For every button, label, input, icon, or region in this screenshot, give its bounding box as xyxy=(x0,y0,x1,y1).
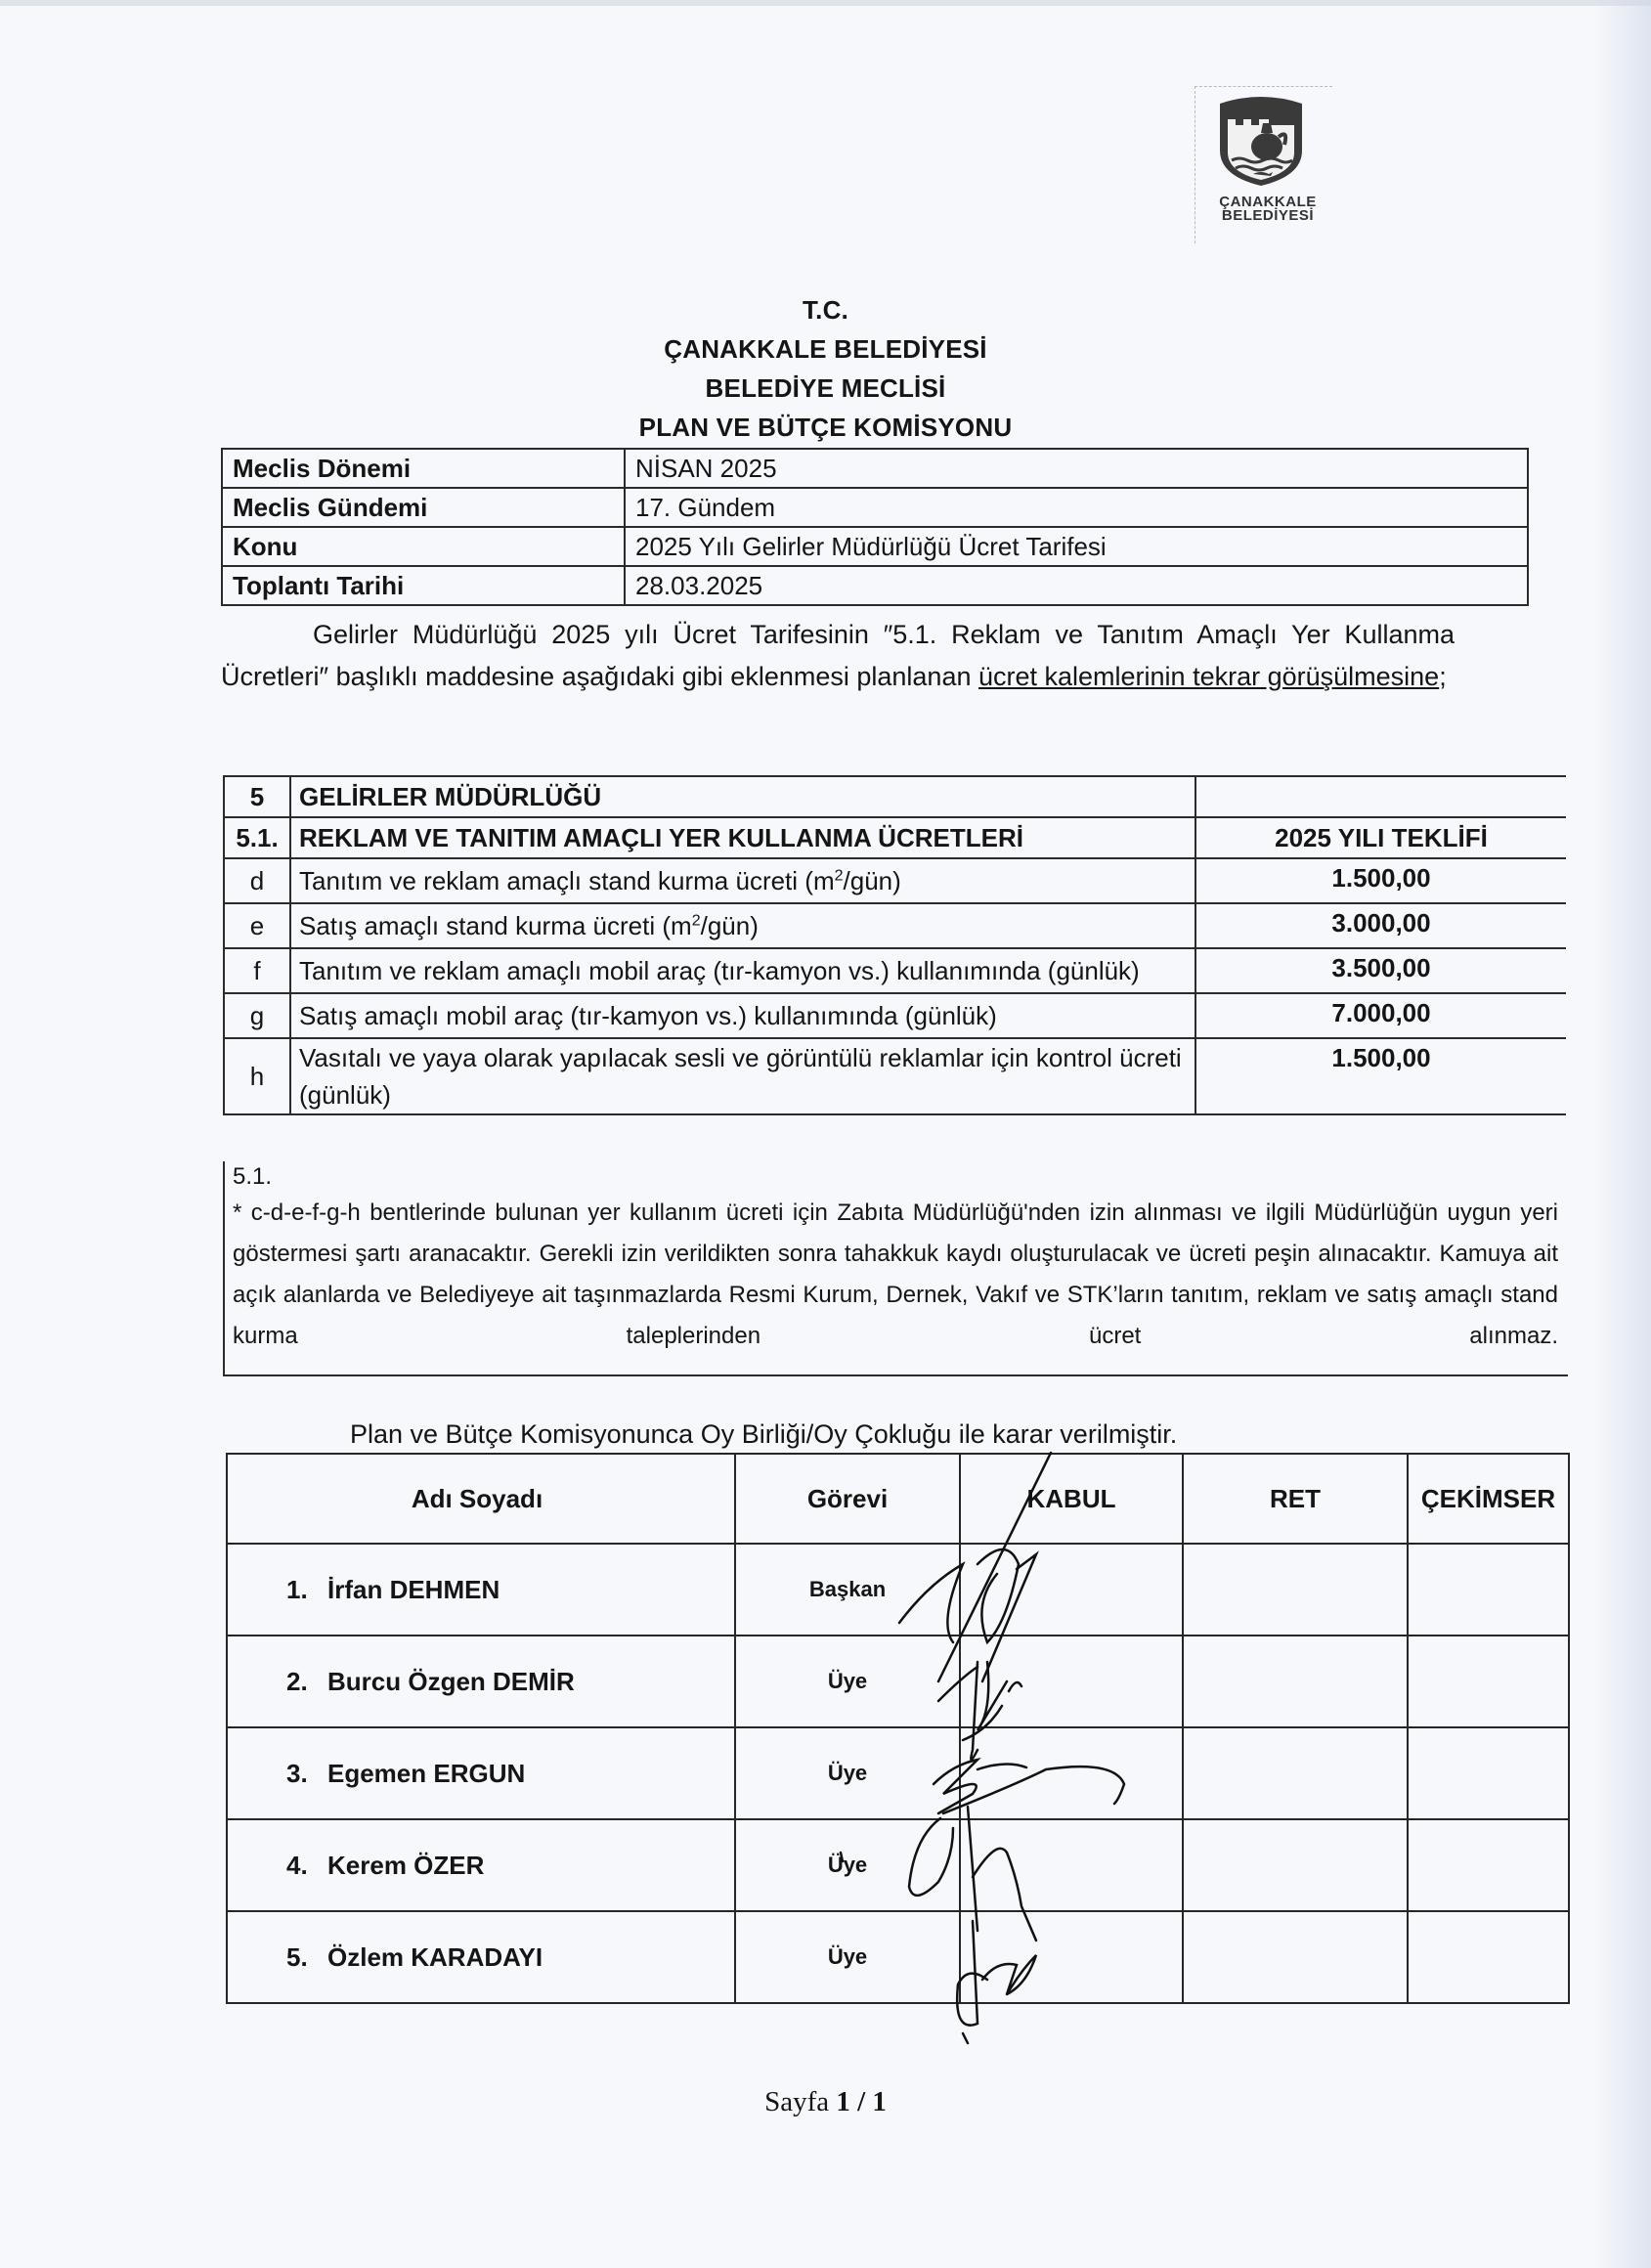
member-number: 4. xyxy=(286,1851,327,1881)
page-footer: Sayfa 1 / 1 xyxy=(0,2086,1651,2118)
municipality-logo: ÇANAKKALE BELEDİYESİ xyxy=(1195,86,1331,242)
member-name-cell: 2.Burcu Özgen DEMİR xyxy=(227,1636,735,1727)
tariff-item-description: Tanıtım ve reklam amaçlı mobil araç (tır… xyxy=(290,948,1195,993)
member-role: Başkan xyxy=(735,1544,960,1636)
tariff-item-value: 3.500,00 xyxy=(1195,948,1566,993)
member-name-cell: 4.Kerem ÖZER xyxy=(227,1819,735,1911)
tariff-item-code: d xyxy=(224,858,290,903)
note-text: * c-d-e-f-g-h bentlerinde bulunan yer ku… xyxy=(233,1193,1558,1357)
value-column-header: 2025 YILI TEKLİFİ xyxy=(1195,817,1566,858)
accept-signature-cell xyxy=(960,1544,1183,1636)
info-row: Meclis Gündemi17. Gündem xyxy=(222,488,1528,527)
header-council: BELEDİYE MECLİSİ xyxy=(0,373,1651,404)
description-text: Tanıtım ve reklam amaçlı stand kurma ücr… xyxy=(299,866,835,895)
superscript: 2 xyxy=(835,867,844,884)
logo-text-line2: BELEDİYESİ xyxy=(1195,209,1341,223)
description-text: Tanıtım ve reklam amaçlı mobil araç (tır… xyxy=(299,956,1140,985)
accept-signature-cell xyxy=(960,1819,1183,1911)
member-row: 5.Özlem KARADAYIÜye xyxy=(227,1911,1569,2003)
header-municipality: ÇANAKKALE BELEDİYESİ xyxy=(0,334,1651,365)
tariff-item-description: Vasıtalı ve yaya olarak yapılacak sesli … xyxy=(290,1038,1195,1114)
accept-signature-cell xyxy=(960,1911,1183,2003)
member-name: Burcu Özgen DEMİR xyxy=(327,1667,575,1696)
description-text: Satış amaçlı mobil araç (tır-kamyon vs.)… xyxy=(299,1001,997,1030)
abstain-cell xyxy=(1408,1819,1569,1911)
member-row: 3.Egemen ERGUNÜye xyxy=(227,1727,1569,1819)
document-page: ÇANAKKALE BELEDİYESİ T.C. ÇANAKKALE BELE… xyxy=(0,0,1651,2268)
info-label: Konu xyxy=(222,527,625,566)
tariff-item-code: g xyxy=(224,993,290,1038)
intro-underlined-text: ücret kalemlerinin tekrar görüşülmesine xyxy=(978,662,1439,691)
tariff-item-row: fTanıtım ve reklam amaçlı mobil araç (tı… xyxy=(224,948,1566,993)
footer-page-number: 1 / 1 xyxy=(836,2086,887,2117)
info-value: 2025 Yılı Gelirler Müdürlüğü Ücret Tarif… xyxy=(625,527,1528,566)
member-name: Özlem KARADAYI xyxy=(327,1942,543,1972)
member-name: Egemen ERGUN xyxy=(327,1759,525,1788)
header-abstain: ÇEKİMSER xyxy=(1408,1454,1569,1544)
tariff-item-value: 1.500,00 xyxy=(1195,858,1566,903)
member-name-cell: 1.İrfan DEHMEN xyxy=(227,1544,735,1636)
section-code: 5 xyxy=(224,776,290,817)
scan-border xyxy=(0,0,1651,6)
decision-statement: Plan ve Bütçe Komisyonunca Oy Birliği/Oy… xyxy=(350,1419,1177,1450)
info-row: Konu2025 Yılı Gelirler Müdürlüğü Ücret T… xyxy=(222,527,1528,566)
member-number: 3. xyxy=(286,1759,327,1789)
info-value: NİSAN 2025 xyxy=(625,449,1528,488)
info-row: Meclis DönemiNİSAN 2025 xyxy=(222,449,1528,488)
canakkale-belediyesi-emblem-icon xyxy=(1214,94,1308,188)
reject-cell xyxy=(1183,1727,1408,1819)
abstain-cell xyxy=(1408,1636,1569,1727)
description-text: Satış amaçlı stand kurma ücreti (m xyxy=(299,911,692,940)
abstain-cell xyxy=(1408,1727,1569,1819)
reject-cell xyxy=(1183,1911,1408,2003)
reject-cell xyxy=(1183,1819,1408,1911)
tariff-item-description: Satış amaçlı mobil araç (tır-kamyon vs.)… xyxy=(290,993,1195,1038)
abstain-cell xyxy=(1408,1911,1569,2003)
tariff-section-row: 5 GELİRLER MÜDÜRLÜĞÜ xyxy=(224,776,1566,817)
tariff-item-value: 3.000,00 xyxy=(1195,903,1566,948)
member-role: Üye xyxy=(735,1636,960,1727)
member-number: 5. xyxy=(286,1942,327,1973)
info-label: Meclis Gündemi xyxy=(222,488,625,527)
member-name: İrfan DEHMEN xyxy=(327,1575,500,1604)
tariff-item-value: 1.500,00 xyxy=(1195,1038,1566,1114)
superscript: 2 xyxy=(692,912,701,929)
member-number: 1. xyxy=(286,1575,327,1605)
section-title: GELİRLER MÜDÜRLÜĞÜ xyxy=(290,776,1195,817)
accept-signature-cell xyxy=(960,1727,1183,1819)
section-value-empty xyxy=(1195,776,1566,817)
header-reject: RET xyxy=(1183,1454,1408,1544)
tariff-item-row: dTanıtım ve reklam amaçlı stand kurma üc… xyxy=(224,858,1566,903)
member-row: 1.İrfan DEHMENBaşkan xyxy=(227,1544,1569,1636)
vote-table: Adı Soyadı Görevi KABUL RET ÇEKİMSER 1.İ… xyxy=(226,1453,1570,2004)
reject-cell xyxy=(1183,1544,1408,1636)
info-value: 28.03.2025 xyxy=(625,566,1528,605)
header-tc: T.C. xyxy=(0,295,1651,326)
tariff-item-row: hVasıtalı ve yaya olarak yapılacak sesli… xyxy=(224,1038,1566,1114)
info-label: Meclis Dönemi xyxy=(222,449,625,488)
header-commission: PLAN VE BÜTÇE KOMİSYONU xyxy=(0,413,1651,443)
tariff-item-code: f xyxy=(224,948,290,993)
accept-signature-cell xyxy=(960,1636,1183,1727)
header-name: Adı Soyadı xyxy=(227,1454,735,1544)
tariff-table: 5 GELİRLER MÜDÜRLÜĞÜ 5.1. REKLAM VE TANI… xyxy=(223,775,1566,1115)
reject-cell xyxy=(1183,1636,1408,1727)
subsection-title: REKLAM VE TANITIM AMAÇLI YER KULLANMA ÜC… xyxy=(290,817,1195,858)
intro-tail: ; xyxy=(1439,662,1447,691)
description-text: Vasıtalı ve yaya olarak yapılacak sesli … xyxy=(299,1043,1182,1110)
member-row: 2.Burcu Özgen DEMİRÜye xyxy=(227,1636,1569,1727)
intro-paragraph: Gelirler Müdürlüğü 2025 yılı Ücret Tarif… xyxy=(221,614,1455,698)
description-tail: /gün) xyxy=(844,866,901,895)
info-value: 17. Gündem xyxy=(625,488,1528,527)
tariff-item-description: Tanıtım ve reklam amaçlı stand kurma ücr… xyxy=(290,858,1195,903)
tariff-item-code: e xyxy=(224,903,290,948)
tariff-subsection-row: 5.1. REKLAM VE TANITIM AMAÇLI YER KULLAN… xyxy=(224,817,1566,858)
subsection-code: 5.1. xyxy=(224,817,290,858)
member-role: Üye xyxy=(735,1819,960,1911)
member-role: Üye xyxy=(735,1727,960,1819)
header-role: Görevi xyxy=(735,1454,960,1544)
member-row: 4.Kerem ÖZERÜye xyxy=(227,1819,1569,1911)
meeting-info-table: Meclis DönemiNİSAN 2025Meclis Gündemi17.… xyxy=(221,448,1529,606)
tariff-item-row: eSatış amaçlı stand kurma ücreti (m2/gün… xyxy=(224,903,1566,948)
note-title: 5.1. xyxy=(233,1163,272,1191)
tariff-item-description: Satış amaçlı stand kurma ücreti (m2/gün) xyxy=(290,903,1195,948)
tariff-note-box: 5.1. * c-d-e-f-g-h bentlerinde bulunan y… xyxy=(223,1161,1568,1376)
tariff-item-row: gSatış amaçlı mobil araç (tır-kamyon vs.… xyxy=(224,993,1566,1038)
member-name-cell: 5.Özlem KARADAYI xyxy=(227,1911,735,2003)
member-number: 2. xyxy=(286,1667,327,1697)
member-name: Kerem ÖZER xyxy=(327,1851,484,1880)
footer-label: Sayfa xyxy=(764,2086,829,2117)
description-tail: /gün) xyxy=(701,911,759,940)
tariff-item-value: 7.000,00 xyxy=(1195,993,1566,1038)
tariff-item-code: h xyxy=(224,1038,290,1114)
vote-table-header: Adı Soyadı Görevi KABUL RET ÇEKİMSER xyxy=(227,1454,1569,1544)
member-name-cell: 3.Egemen ERGUN xyxy=(227,1727,735,1819)
info-row: Toplantı Tarihi28.03.2025 xyxy=(222,566,1528,605)
info-label: Toplantı Tarihi xyxy=(222,566,625,605)
header-accept: KABUL xyxy=(960,1454,1183,1544)
abstain-cell xyxy=(1408,1544,1569,1636)
member-role: Üye xyxy=(735,1911,960,2003)
